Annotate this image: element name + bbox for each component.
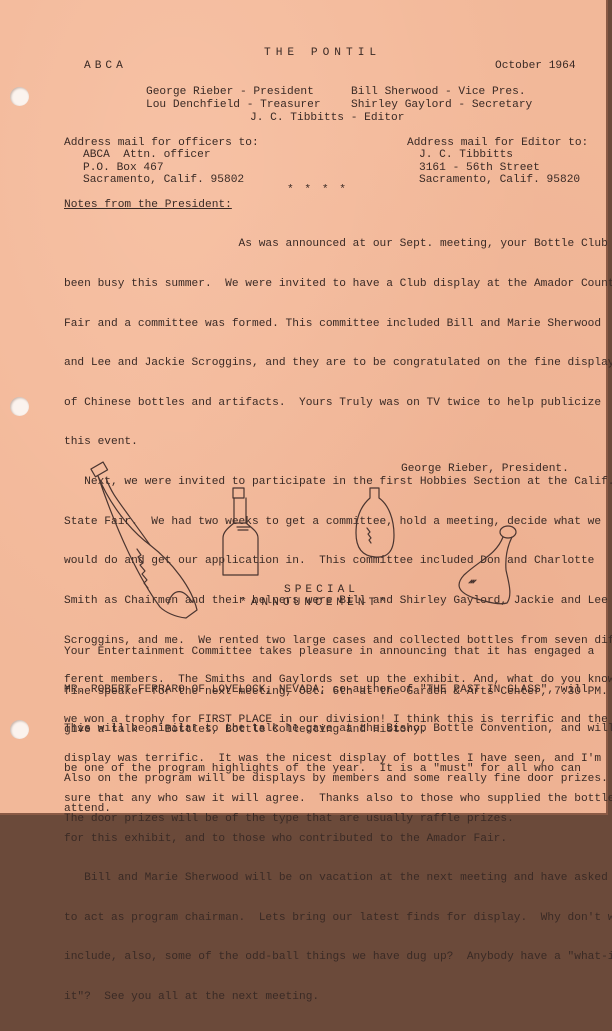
announcement-line: The door prizes will be of the type that… [64,813,604,817]
tilted-round-bottle-icon [459,526,516,604]
tilted-long-bottle-icon [91,462,197,618]
announcement-line: MR. ROBERT FERRARO OF LOVELOCK, NEVADA; … [64,684,604,697]
announcement-paragraph: Also on the program will be displays by … [64,747,604,817]
announcement-title-line1: SPECIAL [284,584,359,597]
announcement-title-line2: *ANNOUNCEMENT* [240,597,390,610]
announcement-line: This will be similar to the talk he gave… [64,723,604,736]
newsletter-page: THE PONTIL ABCA October 1964 George Rieb… [0,0,608,815]
square-shoulder-bottle-icon [223,488,258,575]
announcement-line: Also on the program will be displays by … [64,773,604,786]
flask-bottle-icon [356,488,394,557]
